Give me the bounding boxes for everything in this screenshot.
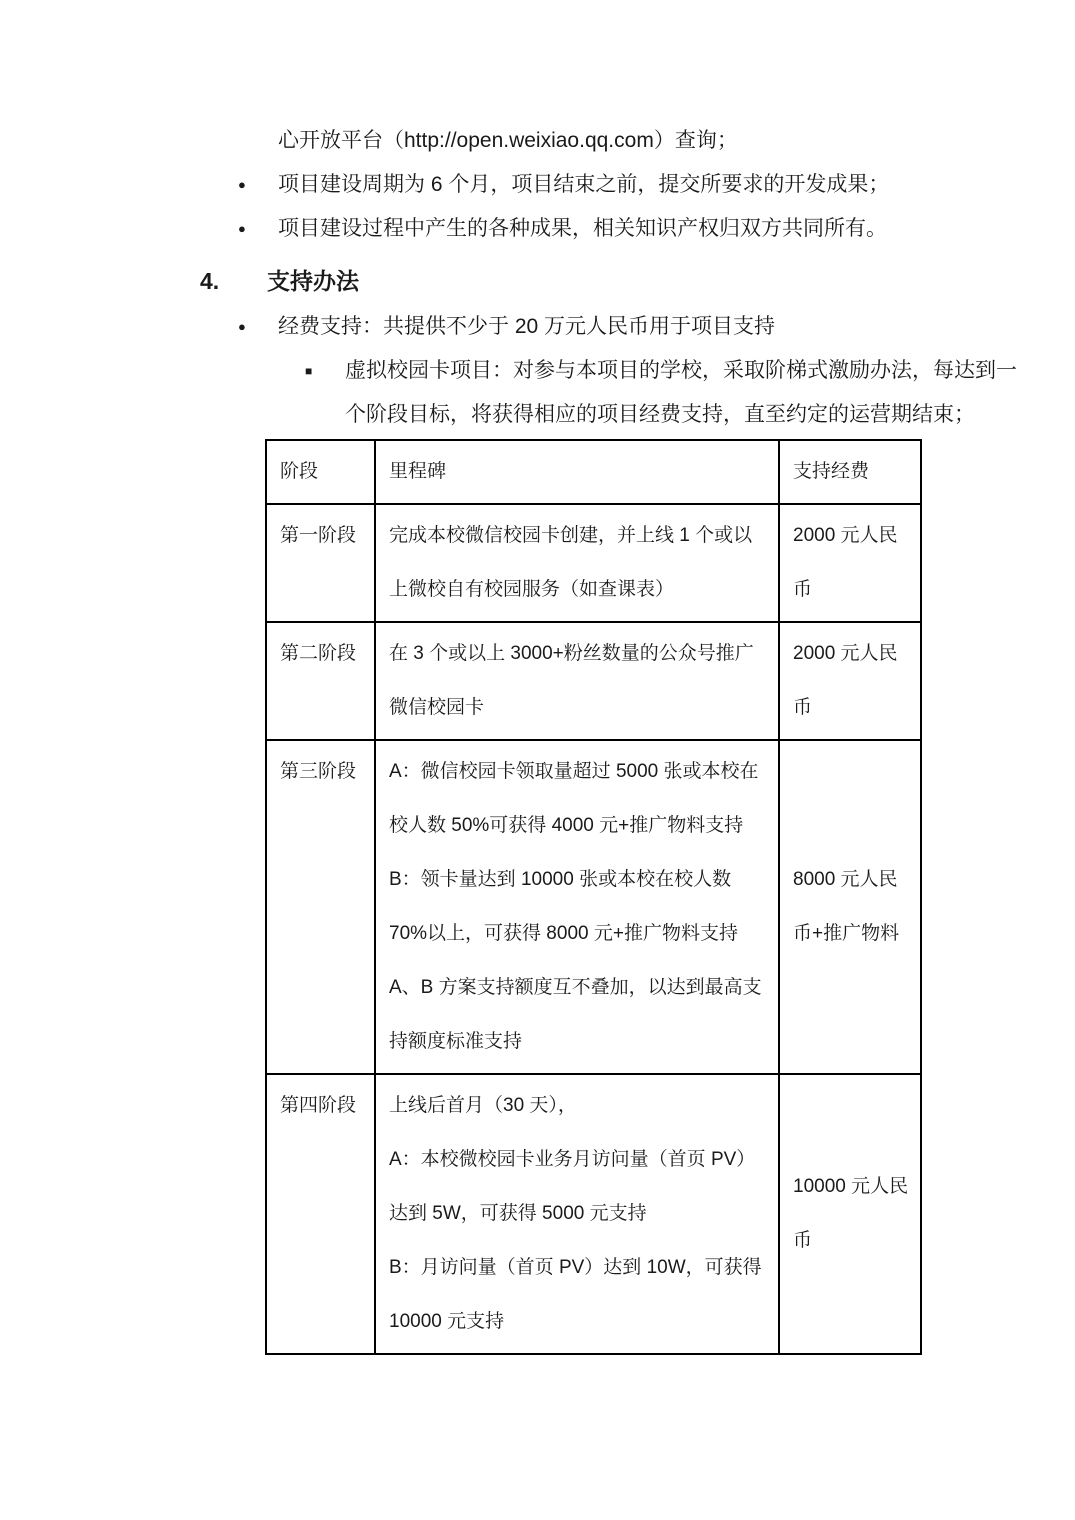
funding-cell: 2000 元人民 币 — [779, 504, 921, 622]
bullet-item: ● 项目建设过程中产生的各种成果，相关知识产权归双方共同所有。 — [238, 207, 1075, 251]
table-row: 第二阶段 在 3 个或以上 3000+粉丝数量的公众号推广 微信校园卡 2000… — [266, 622, 921, 740]
table-row: 第一阶段 完成本校微信校园卡创建，并上线 1 个或以 上微校自有校园服务（如查课… — [266, 504, 921, 622]
table-row: 第四阶段 上线后首月（30 天）， A：本校微校园卡业务月访问量（首页 PV） … — [266, 1074, 921, 1354]
funding-cell: 8000 元人民 币+推广物料 — [779, 740, 921, 1074]
stage-cell: 第一阶段 — [266, 504, 375, 622]
document-content: 心开放平台（http://open.weixiao.qq.com）查询； ● 项… — [0, 0, 1075, 1355]
bullet-disc-icon: ● — [238, 163, 278, 207]
bullet-square-icon: ■ — [305, 349, 345, 437]
milestone-cell: A：微信校园卡领取量超过 5000 张或本校在 校人数 50%可获得 4000 … — [375, 740, 779, 1074]
header-milestone: 里程碑 — [375, 440, 779, 504]
milestone-cell: 上线后首月（30 天）， A：本校微校园卡业务月访问量（首页 PV） 达到 5W… — [375, 1074, 779, 1354]
heading-title: 支持办法 — [267, 257, 359, 305]
funding-cell: 10000 元人民 币 — [779, 1074, 921, 1354]
section-heading: 4. 支持办法 — [200, 257, 1075, 305]
bullet-disc-icon: ● — [238, 207, 278, 251]
bullet-item: ● 经费支持：共提供不少于 20 万元人民币用于项目支持 — [238, 305, 1075, 349]
bullet-disc-icon: ● — [238, 305, 278, 349]
table-row: 第三阶段 A：微信校园卡领取量超过 5000 张或本校在 校人数 50%可获得 … — [266, 740, 921, 1074]
bullet-item: ● 项目建设周期为 6 个月，项目结束之前，提交所要求的开发成果； — [238, 163, 1075, 207]
funding-bullet-text: 经费支持：共提供不少于 20 万元人民币用于项目支持 — [278, 305, 1075, 349]
table-header-row: 阶段 里程碑 支持经费 — [266, 440, 921, 504]
stage-cell: 第四阶段 — [266, 1074, 375, 1354]
milestone-cell: 完成本校微信校园卡创建，并上线 1 个或以 上微校自有校园服务（如查课表） — [375, 504, 779, 622]
header-stage: 阶段 — [266, 440, 375, 504]
header-funding: 支持经费 — [779, 440, 921, 504]
stage-cell: 第三阶段 — [266, 740, 375, 1074]
document-page: 心开放平台（http://open.weixiao.qq.com）查询； ● 项… — [0, 0, 1075, 1520]
funding-cell: 2000 元人民 币 — [779, 622, 921, 740]
stage-cell: 第二阶段 — [266, 622, 375, 740]
sub-bullet-text: 虚拟校园卡项目：对参与本项目的学校，采取阶梯式激励办法，每达到一 个阶段目标，将… — [345, 349, 1045, 437]
sub-bullet-item: ■ 虚拟校园卡项目：对参与本项目的学校，采取阶梯式激励办法，每达到一 个阶段目标… — [305, 349, 1075, 437]
intro-line: 心开放平台（http://open.weixiao.qq.com）查询； — [278, 119, 1075, 163]
bullet-text: 项目建设周期为 6 个月，项目结束之前，提交所要求的开发成果； — [278, 163, 1075, 207]
milestone-cell: 在 3 个或以上 3000+粉丝数量的公众号推广 微信校园卡 — [375, 622, 779, 740]
heading-number: 4. — [200, 257, 267, 305]
support-table: 阶段 里程碑 支持经费 第一阶段 完成本校微信校园卡创建，并上线 1 个或以 上… — [265, 439, 922, 1355]
bullet-text: 项目建设过程中产生的各种成果，相关知识产权归双方共同所有。 — [278, 207, 1075, 251]
